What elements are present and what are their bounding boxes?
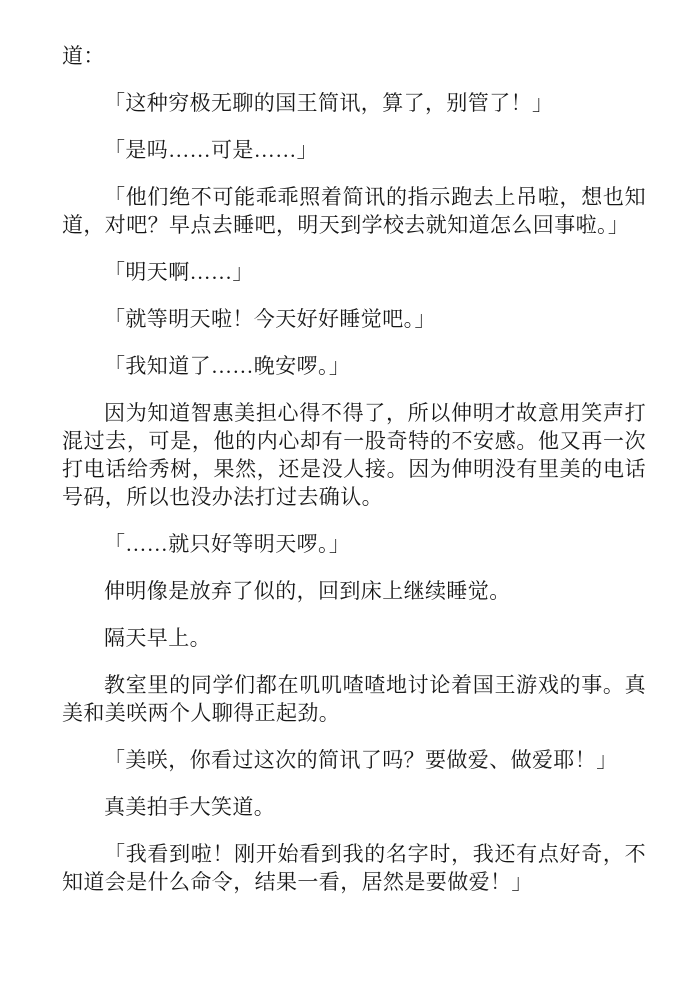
book-page: 道： 「这种穷极无聊的国王简讯，算了，别管了！」 「是吗……可是……」 「他们绝… xyxy=(0,0,700,992)
dialogue-paragraph: 「我知道了……晚安啰。」 xyxy=(62,352,646,380)
dialogue-paragraph: 「就等明天啦！今天好好睡觉吧。」 xyxy=(62,305,646,333)
narration-paragraph: 伸明像是放弃了似的，回到床上继续睡觉。 xyxy=(62,577,646,605)
dialogue-paragraph: 「这种穷极无聊的国王简讯，算了，别管了！」 xyxy=(62,89,646,117)
dialogue-paragraph: 「他们绝不可能乖乖照着简讯的指示跑去上吊啦，想也知道，对吧？早点去睡吧，明天到学… xyxy=(62,183,646,239)
narration-paragraph: 真美拍手大笑道。 xyxy=(62,793,646,821)
narration-paragraph: 因为知道智惠美担心得不得了，所以伸明才故意用笑声打混过去，可是，他的内心却有一股… xyxy=(62,399,646,511)
dialogue-paragraph: 「我看到啦！刚开始看到我的名字时，我还有点好奇，不知道会是什么命令，结果一看，居… xyxy=(62,840,646,896)
narration-paragraph: 隔天早上。 xyxy=(62,624,646,652)
dialogue-paragraph: 「是吗……可是……」 xyxy=(62,136,646,164)
narration-paragraph: 教室里的同学们都在叽叽喳喳地讨论着国王游戏的事。真美和美咲两个人聊得正起劲。 xyxy=(62,671,646,727)
dialogue-paragraph: 「……就只好等明天啰。」 xyxy=(62,530,646,558)
narration-paragraph: 道： xyxy=(62,42,646,70)
dialogue-paragraph: 「美咲，你看过这次的简讯了吗？要做爱、做爱耶！」 xyxy=(62,746,646,774)
text-content: 道： 「这种穷极无聊的国王简讯，算了，别管了！」 「是吗……可是……」 「他们绝… xyxy=(62,42,646,896)
dialogue-paragraph: 「明天啊……」 xyxy=(62,258,646,286)
